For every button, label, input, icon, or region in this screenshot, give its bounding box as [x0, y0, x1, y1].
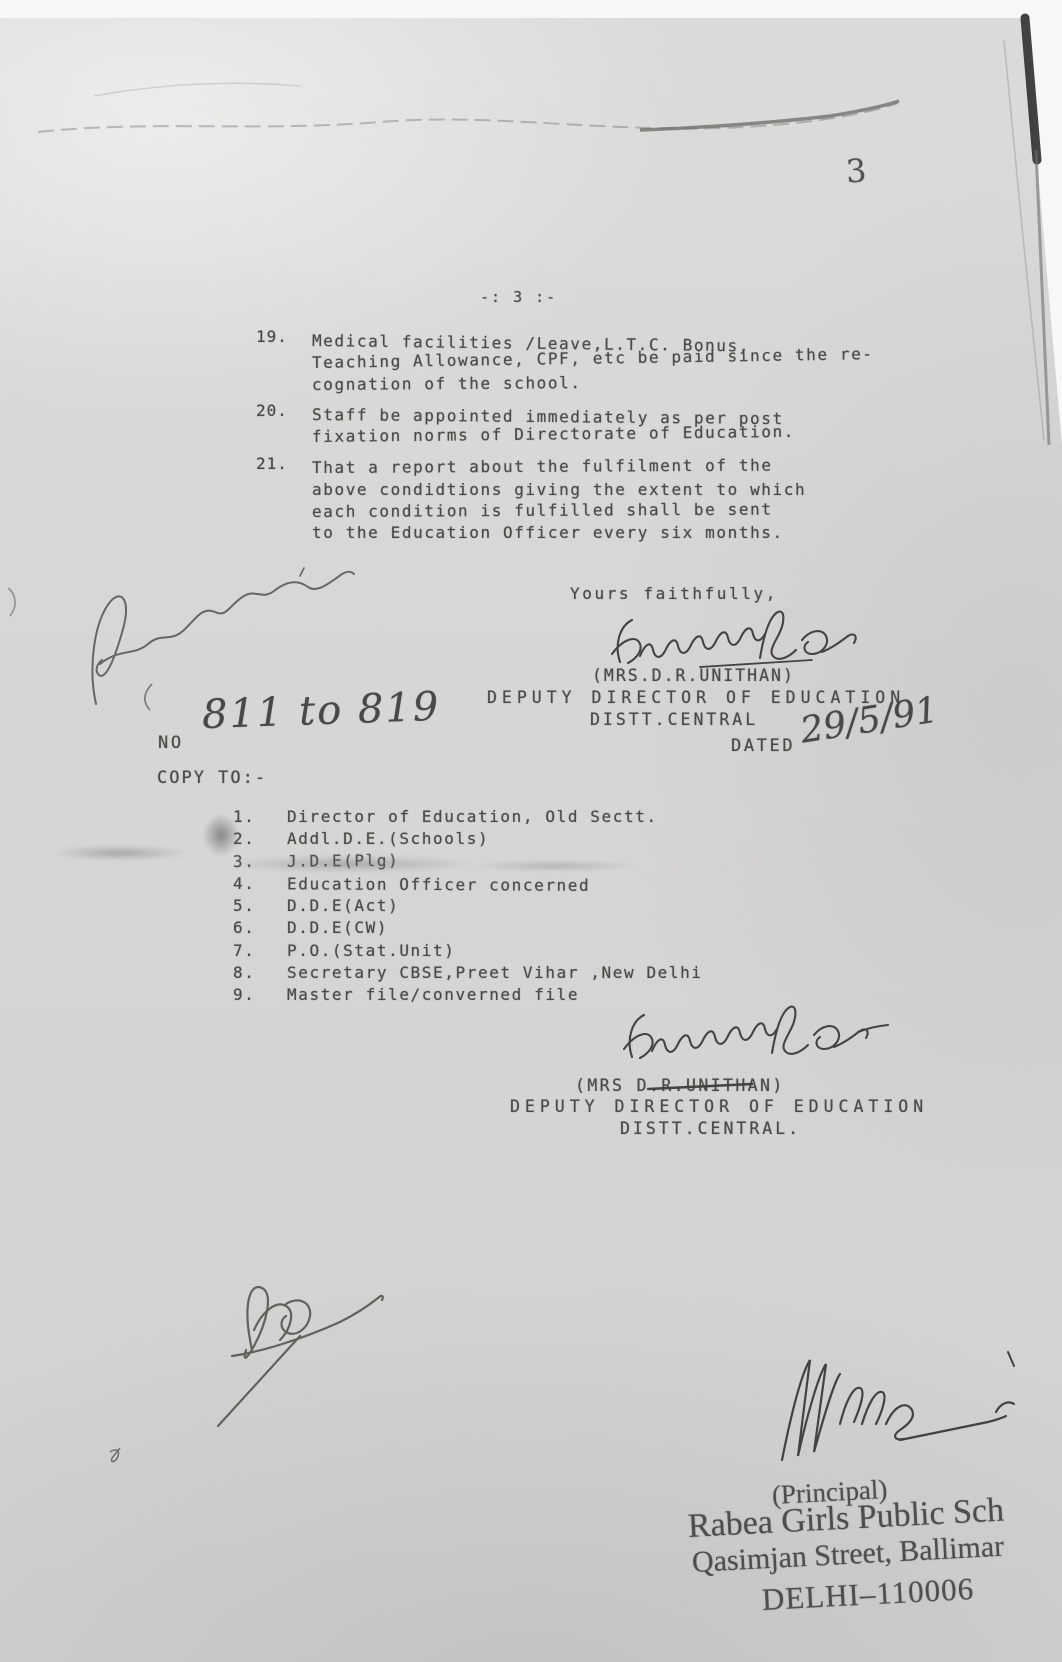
signature-dr-unithan-1 [612, 612, 856, 667]
scanned-letter-page: 3 -: 3 :- 19.Medical facilities /Leave,L… [0, 0, 1062, 1662]
stray-pencil-mark [145, 684, 152, 710]
left-edge-pencil-hook [8, 588, 15, 616]
pencil-crease-line [38, 83, 899, 132]
handwriting-overlay [0, 0, 1062, 1662]
handwritten-initials-scribble [218, 1287, 383, 1426]
signature-dr-unithan-2 [624, 1007, 888, 1089]
page-edge-shadow [1004, 18, 1049, 445]
name-strikethrough [648, 1084, 752, 1089]
handwritten-signature-left [92, 568, 354, 704]
small-pencil-mark [110, 1448, 120, 1462]
principal-signature [782, 1352, 1014, 1460]
